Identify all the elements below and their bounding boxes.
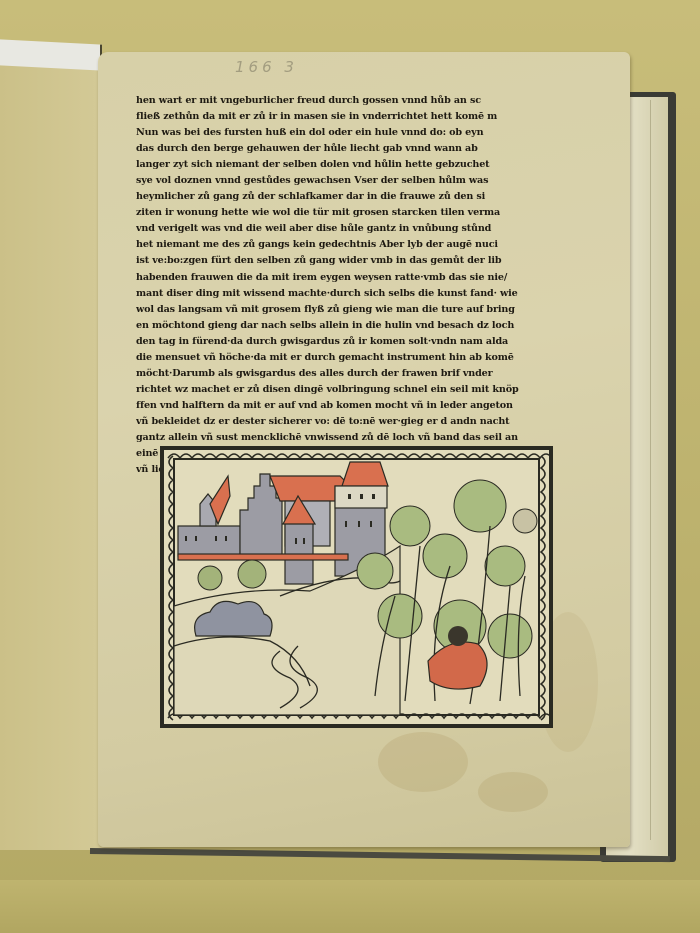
text-line: habenden frauwen die da mit irem eygen w… [136,270,536,286]
text-line: hen wart er mit vngeburlicher freud durc… [136,93,536,109]
text-line: wol das langsam vñ mit grosem flyß zů gi… [136,302,536,318]
text-line: fließ zethůn da mit er zů ir in masen si… [136,109,536,125]
text-line: vñ bekleidet dz er dester sicherer vo: d… [136,414,536,430]
text-line: en möchtond gieng dar nach selbs allein … [136,318,536,334]
text-line: den tag in fürend·da durch gwisgardus zů… [136,334,536,350]
text-line: ziten ir wonung hette wie wol die tür mi… [136,205,536,221]
foxing-stain [478,772,548,812]
text-line: heymlicher zů gang zů der schlafkamer da… [136,189,536,205]
text-line: möcht·Darumb als gwisgardus des alles du… [136,366,536,382]
text-line: ffen vnd halftern da mit er auf vnd ab k… [136,398,536,414]
woodcut-illustration [160,446,553,728]
text-line: het niemant me des zů gangs kein gedecht… [136,237,536,253]
table-surface-lower [0,880,700,933]
blackletter-text-block: hen wart er mit vngeburlicher freud durc… [136,93,536,478]
text-line: Nun was bei des fursten huß ein dol oder… [136,125,536,141]
text-line: das durch den berge gehauwen der hůle li… [136,141,536,157]
page-fold-line [650,100,651,840]
text-line: gantz allein vñ sust mencklichē vnwissen… [136,430,536,446]
text-line: vnd verigelt was vnd die weil aber dise … [136,221,536,237]
text-line: ist ve:bo:zgen fürt den selben zů gang w… [136,253,536,269]
text-line: sye vol doznen vnnd gestůdes gewachsen V… [136,173,536,189]
foxing-stain [378,732,468,792]
text-line: mant diser ding mit wissend machte·durch… [136,286,536,302]
text-line: langer zyt sich niemant der selben dolen… [136,157,536,173]
pencil-annotation: 166 3 [235,58,298,76]
text-line: richtet wz machet er zů disen dingē volb… [136,382,536,398]
text-line: die mensuet vñ höche·da mit er durch gem… [136,350,536,366]
paper-slip-bookmark [0,39,102,70]
